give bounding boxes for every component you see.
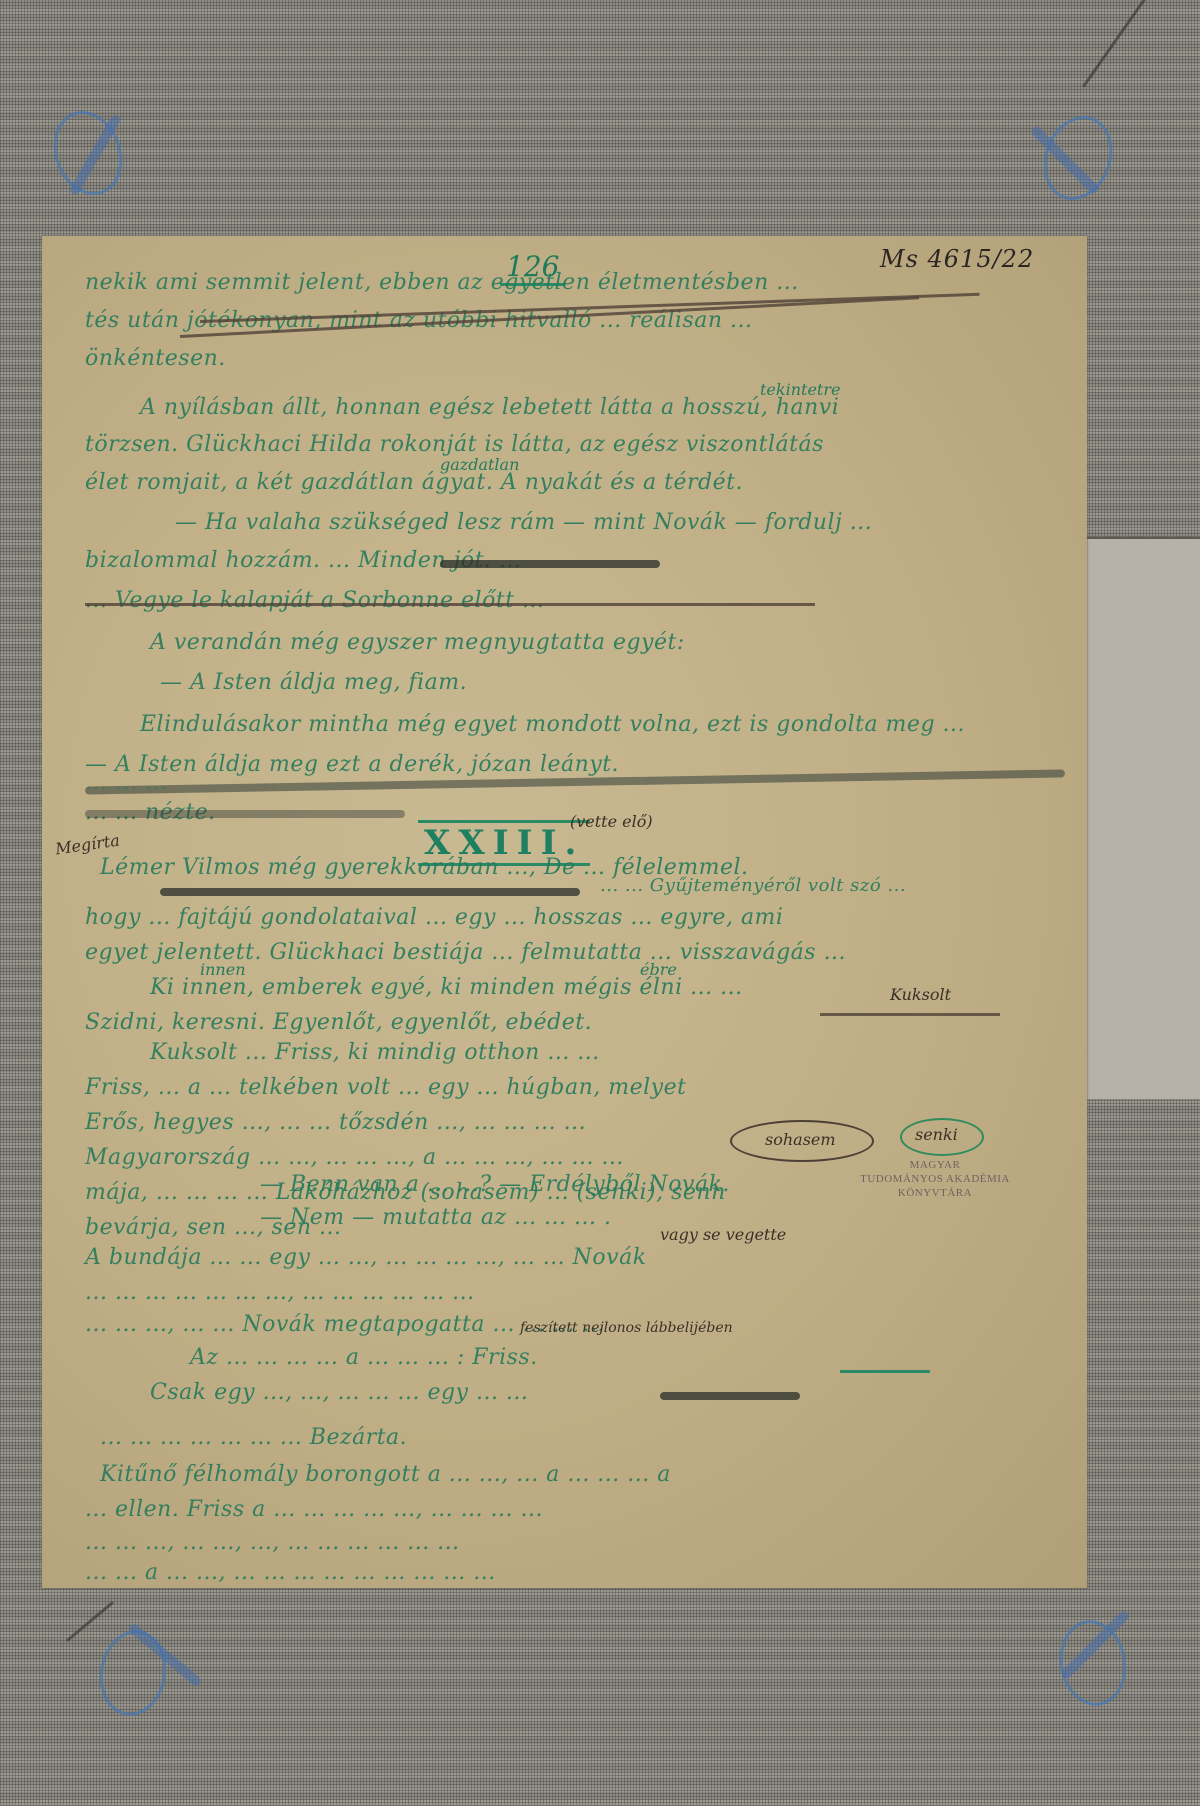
text-line-6: élet romjait, a két gazdátlan ágyat. A n… bbox=[85, 470, 743, 495]
text-line-11: — A Isten áldja meg, fiam. bbox=[160, 670, 467, 695]
text-line-7: — Ha valaha szükséged lesz rám — mint No… bbox=[175, 510, 872, 535]
text-line-9: ... Vegye le kalapját a Sorbonne előtt .… bbox=[85, 588, 544, 613]
annotation-vette-elo: (vette elő) bbox=[570, 812, 653, 831]
white-backing-card bbox=[1087, 537, 1200, 1099]
blue-pencil-mark-top-left bbox=[42, 101, 133, 204]
pencil-strikethrough bbox=[85, 603, 815, 606]
stamp-line-2: TUDOMÁNYOS AKADÉMIA bbox=[860, 1172, 1010, 1186]
blue-pencil-mark-bottom-right bbox=[1053, 1615, 1133, 1711]
underline-friss bbox=[840, 1370, 930, 1373]
text-line-10: A verandán még egyszer megnyugtatta egyé… bbox=[150, 630, 685, 655]
text-line-20: Ki innen, emberek egyé, ki minden mégis … bbox=[150, 975, 743, 1000]
text-line-34: Csak egy ..., ..., ... ... ... egy ... .… bbox=[150, 1380, 528, 1405]
pencil-tick-bottom-left bbox=[66, 1601, 114, 1642]
text-line-25: Magyarország ... ..., ... ... ..., a ...… bbox=[85, 1145, 624, 1170]
text-line-4: A nyílásban állt, honnan egész lebetett … bbox=[140, 395, 839, 420]
pencil-tick-top-right bbox=[1082, 0, 1148, 87]
text-line-36: Kitűnő félhomály borongott a ... ..., ..… bbox=[100, 1462, 671, 1487]
pencil-strike-kuksolt bbox=[820, 1013, 1000, 1016]
annotation-senki: senki bbox=[915, 1125, 958, 1144]
blue-pencil-mark-bottom-left bbox=[93, 1625, 173, 1721]
heavy-strikeout-4 bbox=[660, 1392, 800, 1400]
text-line-29: — Nem — mutatta az ... ... ... . bbox=[260, 1205, 612, 1230]
insertion-feszitett: feszített nejlonos lábbelijében bbox=[520, 1320, 733, 1336]
text-line-21: Szidni, keresni. Egyenlőt, egyenlőt, ebé… bbox=[85, 1010, 592, 1035]
text-line-14: ... ... ... bbox=[85, 770, 167, 795]
text-line-17: ... ... Gyűjteményéről volt szó ... bbox=[600, 875, 906, 896]
manuscript-reference: Ms 4615/22 bbox=[880, 245, 1034, 273]
text-line-37: ... ellen. Friss a ... ... ... ... ..., … bbox=[85, 1497, 543, 1522]
ink-strikeout bbox=[440, 560, 660, 568]
annotation-kuksolt: Kuksolt bbox=[890, 985, 951, 1004]
text-line-1: nekik ami semmit jelent, ebben az egyetl… bbox=[85, 270, 799, 295]
text-line-30: A bundája ... ... egy ... ..., ... ... .… bbox=[85, 1245, 647, 1270]
text-line-38: ... ... ..., ... ..., ..., ... ... ... .… bbox=[85, 1530, 460, 1555]
heavy-strikeout-2 bbox=[85, 810, 405, 818]
heavy-strikeout-3 bbox=[160, 888, 580, 896]
blue-pencil-mark-top-right bbox=[1032, 106, 1123, 209]
text-line-5: törzsen. Glückhaci Hilda rokonját is lát… bbox=[85, 432, 824, 457]
annotation-sohasem: sohasem bbox=[765, 1130, 836, 1149]
text-line-18: hogy ... fajtájú gondolataival ... egy .… bbox=[85, 905, 783, 930]
stamp-line-3: KÖNYVTÁRA bbox=[860, 1186, 1010, 1200]
text-line-28: — Benn van a ... ...? — Erdélyből Novák. bbox=[260, 1172, 730, 1197]
stamp-line-1: MAGYAR bbox=[860, 1158, 1010, 1172]
text-line-3: önkéntesen. bbox=[85, 346, 226, 371]
text-line-24: Erős, hegyes ..., ... ... tőzsdén ..., .… bbox=[85, 1110, 586, 1135]
text-line-23: Friss, ... a ... telkében volt ... egy .… bbox=[85, 1075, 686, 1100]
library-stamp: MAGYAR TUDOMÁNYOS AKADÉMIA KÖNYVTÁRA bbox=[860, 1158, 1010, 1200]
insertion-vagy-se: vagy se vegette bbox=[660, 1225, 786, 1244]
text-line-35: ... ... ... ... ... ... ... Bezárta. bbox=[100, 1425, 407, 1450]
text-line-39: ... ... a ... ..., ... ... ... ... ... .… bbox=[85, 1560, 496, 1585]
text-line-31: ... ... ... ... ... ... ..., ... ... ...… bbox=[85, 1280, 475, 1305]
text-line-12: Elindulásakor mintha még egyet mondott v… bbox=[140, 712, 965, 737]
text-line-33: Az ... ... ... ... a ... ... ... : Friss… bbox=[190, 1345, 538, 1370]
text-line-22: Kuksolt ... Friss, ki mindig otthon ... … bbox=[150, 1040, 600, 1065]
